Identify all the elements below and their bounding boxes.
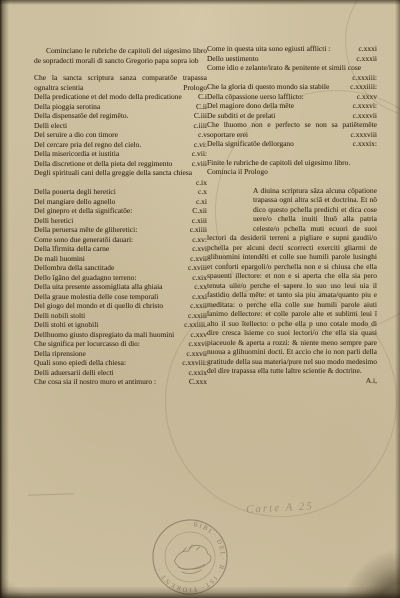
chapter-title: Come in questa uita sono egiusti afflict… bbox=[207, 44, 330, 53]
chapter-title: Delli heretici bbox=[34, 216, 73, 225]
chapter-number: c.v bbox=[192, 130, 207, 140]
chapter-number: c.xvii bbox=[184, 254, 207, 264]
chapter-entry: Della pioggia serotinaC.ii bbox=[34, 102, 207, 112]
chapter-number: c.xxiii bbox=[182, 311, 207, 321]
chapter-entry: Del mangiare dello agnelloc.xi bbox=[34, 197, 207, 207]
chapter-entry: Del giogo del mondo et di quello di chri… bbox=[34, 301, 207, 311]
chapter-entry: Come in questa uita sono egiusti afflict… bbox=[207, 44, 377, 54]
rubric-heading: Cominciano le rubriche de capitoli del u… bbox=[34, 46, 207, 65]
chapter-title: Della peruersa mēte de gliheretici: bbox=[34, 225, 137, 234]
prologue-text: A diuina scriptura sāza alcuna cōpatione… bbox=[207, 186, 377, 376]
incunabulum-page-scan: Cominciano le rubriche de capitoli del u… bbox=[0, 0, 400, 598]
chapter-entry: Che lhuomo non e perfecto se non sa pati… bbox=[207, 120, 377, 139]
chapter-title: Della cōpassione uerso lafflicto: bbox=[207, 92, 304, 101]
chapter-title: Della predicatione et del modo della pre… bbox=[34, 92, 182, 101]
stamp-text: · BIBL· DEL· R· IST· FIORENT · bbox=[151, 517, 231, 597]
chapter-number: c.xx bbox=[188, 282, 207, 292]
explicit-note: Finite le rubriche de capitoli del uiges… bbox=[207, 158, 377, 177]
chapter-title: Del ginepro et della significatōe: bbox=[34, 206, 132, 215]
chapter-number: C.xii bbox=[186, 206, 207, 216]
chapter-number: c.xvi bbox=[186, 244, 207, 254]
chapter-title: Della pouerta degli heretici bbox=[34, 187, 116, 196]
chapter-number: c.xxvii bbox=[180, 349, 207, 359]
chapter-number: c.vi: bbox=[188, 140, 207, 150]
chapter-entry: Della misericordia et iustitiac.vii: bbox=[34, 149, 207, 159]
chapter-number: c.xiiii bbox=[184, 225, 207, 235]
chapter-entry: Che cosa sia il nostro muro et antimuro … bbox=[34, 377, 207, 387]
chapter-number: c.viii bbox=[186, 159, 207, 169]
chapter-title: De subditi et de prelati bbox=[207, 111, 275, 120]
chapter-number: c.xxxii bbox=[350, 54, 377, 64]
initial-indent-space bbox=[207, 186, 253, 233]
chapter-entry: Della graue molestia delle cose temporal… bbox=[34, 292, 207, 302]
chapter-number: c.xxxiii: bbox=[346, 73, 377, 83]
handwritten-annotation: Carte A 25 bbox=[246, 500, 314, 516]
stamp-outer-ring bbox=[149, 516, 231, 598]
chapter-number: C.i bbox=[192, 92, 207, 102]
chapter-number: Prologo bbox=[177, 83, 207, 93]
chapter-number: c.iiii bbox=[187, 121, 207, 131]
chapter-number: c.xxviii: bbox=[176, 358, 207, 368]
chapter-entry: Dellombra della sanctitadec.xviii bbox=[34, 263, 207, 273]
library-stamp: · BIBL· DEL· R· IST· FIORENT · bbox=[145, 512, 234, 598]
chapter-entry: Del magiore dono della mētec.xxxvi: bbox=[207, 101, 377, 111]
chapter-entry: Dellhuomo giusto dispregiato da mali huo… bbox=[34, 330, 207, 340]
chapter-title: Dello uestimento bbox=[207, 54, 258, 63]
chapter-number: c.xxi bbox=[186, 292, 207, 302]
pencil-mark bbox=[28, 493, 74, 496]
chapter-title: Degli spirituali cani della greggie dell… bbox=[34, 168, 192, 177]
chapter-title: Della misericordia et iustitia bbox=[34, 149, 119, 158]
chapter-title: Della discretione et della pieta del reg… bbox=[34, 159, 172, 168]
chapter-title: Che significa per locurcasso di dio: bbox=[34, 339, 140, 348]
chapter-title: Quali sono epiedi della chiesa: bbox=[34, 358, 126, 367]
chapter-title: Della significatōe dellorgano bbox=[207, 139, 294, 148]
chapter-entry: Della uita presente assomigliata alla gh… bbox=[34, 282, 207, 292]
chapter-entry: Della significatōe dellorganoc.xxxix: bbox=[207, 139, 377, 149]
chapter-number: c.xxxvi: bbox=[347, 101, 377, 111]
chapter-number: c.ix bbox=[190, 178, 207, 188]
chapter-title: Come idio e zelante/irato & penitente et… bbox=[207, 63, 361, 72]
chapter-title: Delli stolti et ignobili bbox=[34, 320, 98, 329]
chapter-entry: Che la sancta scriptura sanza comparatōe… bbox=[34, 73, 207, 92]
chapter-entry: Dello īgāno del guadagno terreno:c.xix bbox=[34, 273, 207, 283]
chapter-entry: Della dispensatōe del regimēto.C.iii bbox=[34, 111, 207, 121]
chapter-title: Della pioggia serotina bbox=[34, 102, 100, 111]
chapter-number: c.xv: bbox=[186, 235, 207, 245]
chapter-number: c.xxv bbox=[185, 330, 207, 340]
stamp-emblem bbox=[173, 543, 213, 576]
chapter-number: c.xix bbox=[186, 273, 207, 283]
chapter-number: c.vii: bbox=[186, 149, 207, 159]
chapter-entry: Delli hereticic.xiii bbox=[34, 216, 207, 226]
chapter-number: c.xxix bbox=[182, 368, 207, 378]
chapter-number: C.xxx bbox=[183, 377, 207, 387]
chapter-entry: Della īfirmita della carnec.xvi bbox=[34, 244, 207, 254]
chapter-entry: De mali huominic.xvii bbox=[34, 254, 207, 264]
chapter-number: c.x bbox=[192, 187, 207, 197]
chapter-entry: Della peruersa mēte de gliheretici:c.xii… bbox=[34, 225, 207, 235]
chapter-title: Della riprensione bbox=[34, 349, 86, 358]
chapter-number: c.xxxviii bbox=[345, 130, 377, 140]
signature-mark: A.i, bbox=[358, 376, 377, 386]
chapter-title: Del mangiare dello agnello bbox=[34, 197, 115, 206]
chapter-entry: Della predicatione et del modo della pre… bbox=[34, 92, 207, 102]
chapter-number: c.xi bbox=[190, 197, 207, 207]
chapter-entry: Della pouerta degli hereticic.x bbox=[34, 187, 207, 197]
chapter-number: C.ii bbox=[190, 102, 207, 112]
chapter-entry: Che significa per locurcasso di dio:c.xx… bbox=[34, 339, 207, 349]
chapter-title: Delli aduersarii delli electi bbox=[34, 368, 114, 377]
right-column: Come in questa uita sono egiusti afflict… bbox=[207, 44, 377, 385]
chapter-title: Della dispensatōe del regimēto. bbox=[34, 111, 129, 120]
chapter-entry: Del ginepro et della significatōe:C.xii bbox=[34, 206, 207, 216]
chapter-title: Delli electi bbox=[34, 121, 67, 130]
chapter-number: c.xxxix: bbox=[347, 139, 377, 149]
chapter-number: c.xxxi bbox=[352, 44, 377, 54]
chapter-list-left: Che la sancta scriptura sanza comparatōe… bbox=[34, 73, 207, 387]
chapter-number: c.xxxvii bbox=[347, 111, 377, 121]
chapter-title: Che cosa sia il nostro muro et antimuro … bbox=[34, 377, 156, 386]
chapter-number: c.xiii bbox=[186, 216, 207, 226]
chapter-title: Dellhuomo giusto dispregiato da mali huo… bbox=[34, 330, 174, 339]
chapter-entry: Come idio e zelante/irato & penitente et… bbox=[207, 63, 377, 82]
chapter-title: Della uita presente assomigliata alla gh… bbox=[34, 282, 163, 291]
chapter-entry: Che la gloria di questo mondo sia stabil… bbox=[207, 82, 377, 92]
chapter-entry: De subditi et de prelatic.xxxvii bbox=[207, 111, 377, 121]
chapter-title: De mali huomini bbox=[34, 254, 85, 263]
chapter-number: c.xxii bbox=[184, 301, 207, 311]
chapter-entry: Della cōpassione uerso lafflicto:c.xxxv bbox=[207, 92, 377, 102]
chapter-entry: Del cercare pria del regno del cielo.c.v… bbox=[34, 140, 207, 150]
chapter-number: C.iii bbox=[188, 111, 207, 121]
chapter-number: c.xxxiiii: bbox=[344, 82, 377, 92]
chapter-list-right: Come in questa uita sono egiusti afflict… bbox=[207, 44, 377, 149]
chapter-entry: Come sono due generatōi dauari:c.xv: bbox=[34, 235, 207, 245]
chapter-title: Dello īgāno del guadagno terreno: bbox=[34, 273, 136, 282]
chapter-title: Delli nobili stolti bbox=[34, 311, 85, 320]
chapter-title: Del cercare pria del regno del cielo. bbox=[34, 140, 141, 149]
chapter-title: Del giogo del mondo et di quello di chri… bbox=[34, 301, 163, 310]
chapter-number: c.xviii bbox=[182, 263, 207, 273]
chapter-title: Come sono due generatōi dauari: bbox=[34, 235, 133, 244]
chapter-entry: Del seruire a dio con timorec.v bbox=[34, 130, 207, 140]
chapter-entry: Degli spirituali cani della greggie dell… bbox=[34, 168, 207, 187]
chapter-number: c.xxiiii. bbox=[178, 320, 207, 330]
chapter-entry: Della riprensionec.xxvii bbox=[34, 349, 207, 359]
chapter-entry: Delli nobili stoltic.xxiii bbox=[34, 311, 207, 321]
chapter-entry: Dello uestimentoc.xxxii bbox=[207, 54, 377, 64]
chapter-entry: Quali sono epiedi della chiesa:c.xxviii: bbox=[34, 358, 207, 368]
stamp-inner-ring bbox=[162, 529, 218, 585]
chapter-title: Del magiore dono della mēte bbox=[207, 101, 294, 110]
chapter-number: c.xxxv bbox=[351, 92, 377, 102]
chapter-entry: Delli stolti et ignobilic.xxiiii. bbox=[34, 320, 207, 330]
chapter-title: Della graue molestia delle cose temporal… bbox=[34, 292, 158, 301]
chapter-title: Del seruire a dio con timore bbox=[34, 130, 118, 139]
chapter-title: Della īfirmita della carne bbox=[34, 244, 109, 253]
chapter-title: Dellombra della sanctitade bbox=[34, 263, 114, 272]
chapter-number: c.xxvi bbox=[182, 339, 207, 349]
chapter-entry: Della discretione et della pieta del reg… bbox=[34, 159, 207, 169]
left-column: Cominciano le rubriche de capitoli del u… bbox=[34, 46, 207, 387]
chapter-title: Che la gloria di questo mondo sia stabil… bbox=[207, 82, 329, 91]
chapter-entry: Delli electic.iiii bbox=[34, 121, 207, 131]
chapter-entry: Delli aduersarii delli electic.xxix bbox=[34, 368, 207, 378]
